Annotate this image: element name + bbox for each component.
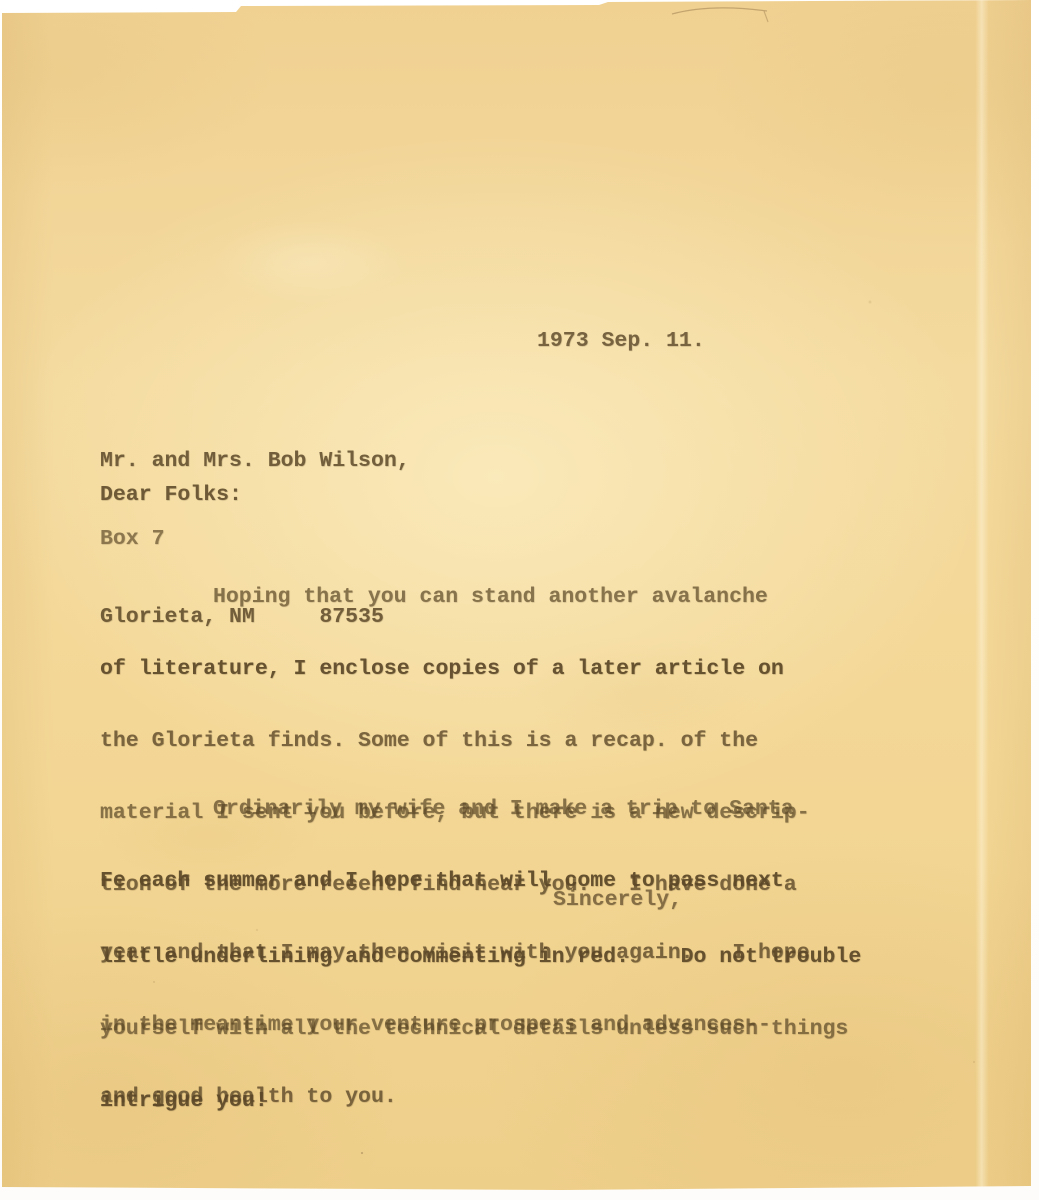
- letter-line: year and that I may then visit with you …: [100, 941, 810, 965]
- letter-line: Ordinarily my wife and I make a trip to …: [100, 797, 810, 821]
- letter-line: of literature, I enclose copies of a lat…: [100, 657, 861, 681]
- letter-paragraph: Ordinarily my wife and I make a trip to …: [100, 749, 810, 1157]
- scratch-mark: [667, 1, 787, 33]
- letter-line: and good health to you.: [100, 1085, 810, 1109]
- letter-line: Fe each summer and I hope that will come…: [100, 869, 810, 893]
- letter-line: Hoping that you can stand another avalan…: [100, 585, 861, 609]
- date-line: 1973 Sep. 11.: [537, 329, 705, 353]
- scan-background: 1973 Sep. 11. Mr. and Mrs. Bob Wilson, B…: [0, 0, 1039, 1200]
- letter-line: in the meantime your venture prospers an…: [100, 1013, 810, 1037]
- closing: Sincerely,: [553, 888, 682, 912]
- recipient-line: Mr. and Mrs. Bob Wilson,: [100, 448, 410, 474]
- salutation: Dear Folks:: [100, 483, 242, 507]
